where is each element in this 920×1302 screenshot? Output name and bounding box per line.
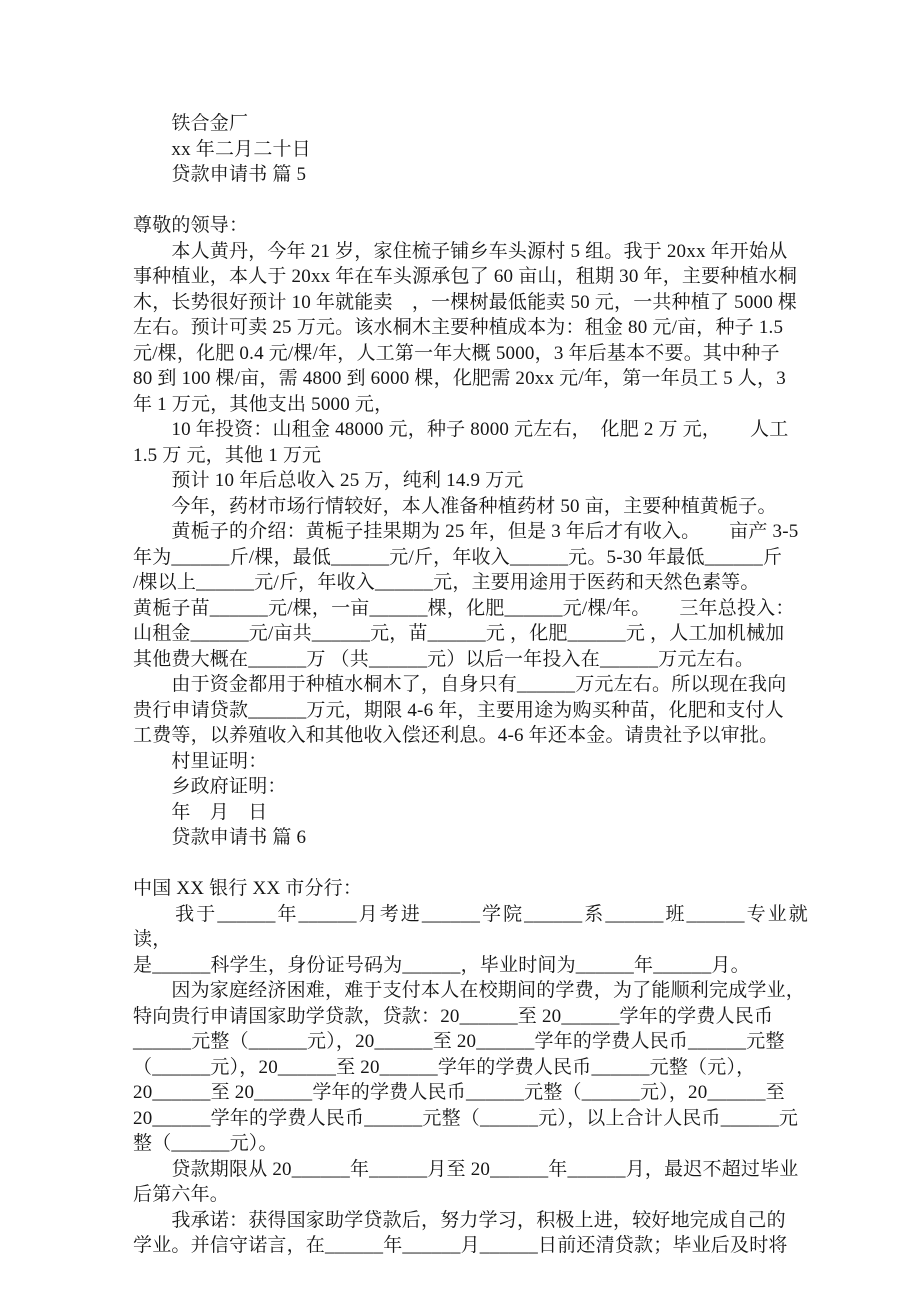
text-line: 特向贵行申请国家助学贷款，贷款：20______至 20______学年的学费人… (133, 1004, 808, 1030)
text-line: 贷款申请书 篇 5 (133, 162, 808, 188)
text-line: 1.5 万 元，其他 1 万元 (133, 443, 808, 469)
text-line: 铁合金厂 (133, 111, 808, 137)
text-line: 其他费大概在______万 （共______元）以后一年投入在______万元左… (133, 647, 808, 673)
blank-line (133, 188, 808, 214)
text-line: 村里证明： (133, 749, 808, 775)
text-line: 尊敬的领导： (133, 213, 808, 239)
text-line: 元/棵，化肥 0.4 元/棵/年，人工第一年大概 5000，3 年后基本不要。其… (133, 341, 808, 367)
document-body: 铁合金厂 xx 年二月二十日 贷款申请书 篇 5尊敬的领导： 本人黄丹，今年 2… (133, 111, 808, 1259)
text-line: 20______学年的学费人民币______元整（______元），以上合计人民… (133, 1106, 808, 1132)
text-line: 是______科学生，身份证号码为______，毕业时间为______年____… (133, 953, 808, 979)
text-line: 黄栀子的介绍：黄栀子挂果期为 25 年，但是 3 年后才有收入。 亩产 3-5 (133, 519, 808, 545)
text-line: 中国 XX 银行 XX 市分行： (133, 876, 808, 902)
text-line: 年 月 日 (133, 800, 808, 826)
text-line: xx 年二月二十日 (133, 137, 808, 163)
text-line: 贵行申请贷款______万元，期限 4-6 年，主要用途为购买种苗，化肥和支付人 (133, 698, 808, 724)
text-line: 山租金______元/亩共______元，苗______元 ，化肥______元… (133, 621, 808, 647)
text-line: 左右。预计可卖 25 万元。该水桐木主要种植成本为：租金 80 元/亩，种子 1… (133, 315, 808, 341)
blank-line (133, 851, 808, 877)
text-line: 我承诺：获得国家助学贷款后，努力学习，积极上进，较好地完成自己的 (133, 1208, 808, 1234)
text-line: 事种植业，本人于 20xx 年在车头源承包了 60 亩山，租期 30 年，主要种… (133, 264, 808, 290)
text-line: 贷款申请书 篇 6 (133, 825, 808, 851)
text-line: 我于______年______月考进______学院______系______班… (133, 902, 808, 953)
text-line: 年 1 万元，其他支出 5000 元， (133, 392, 808, 418)
text-line: 学业。并信守诺言，在______年______月______日前还清贷款；毕业后… (133, 1233, 808, 1259)
text-line: ______元整（______元），20______至 20______学年的学… (133, 1029, 808, 1055)
text-line: （______元），20______至 20______学年的学费人民币____… (133, 1055, 808, 1081)
text-line: 贷款期限从 20______年______月至 20______年______月… (133, 1157, 808, 1183)
text-line: 木，长势很好预计 10 年就能卖 ，一棵树最低能卖 50 元，一共种植了 500… (133, 290, 808, 316)
text-line: 因为家庭经济困难，难于支付本人在校期间的学费，为了能顺利完成学业， (133, 978, 808, 1004)
text-line: 工费等，以养殖收入和其他收入偿还利息。4-6 年还本金。请贵社予以审批。 (133, 723, 808, 749)
text-line: 80 到 100 棵/亩，需 4800 到 6000 棵，化肥需 20xx 元/… (133, 366, 808, 392)
text-line: 后第六年。 (133, 1182, 808, 1208)
text-line: 10 年投资：山租金 48000 元，种子 8000 元左右， 化肥 2 万 元… (133, 417, 808, 443)
text-line: 乡政府证明： (133, 774, 808, 800)
text-line: 预计 10 年后总收入 25 万，纯利 14.9 万元 (133, 468, 808, 494)
text-line: /棵以上______元/斤，年收入______元，主要用途用于医药和天然色素等。 (133, 570, 808, 596)
text-line: 黄栀子苗______元/棵，一亩______棵，化肥______元/棵/年。 三… (133, 596, 808, 622)
text-line: 20______至 20______学年的学费人民币______元整（_____… (133, 1080, 808, 1106)
text-line: 今年，药材市场行情较好，本人准备种植药材 50 亩，主要种植黄栀子。 (133, 494, 808, 520)
text-line: 年为______斤/棵，最低______元/斤，年收入______元。5-30 … (133, 545, 808, 571)
text-line: 整（______元）。 (133, 1131, 808, 1157)
text-line: 本人黄丹，今年 21 岁，家住梳子铺乡车头源村 5 组。我于 20xx 年开始从 (133, 239, 808, 265)
text-line: 由于资金都用于种植水桐木了，自身只有______万元左右。所以现在我向 (133, 672, 808, 698)
document-page: 铁合金厂 xx 年二月二十日 贷款申请书 篇 5尊敬的领导： 本人黄丹，今年 2… (0, 0, 920, 1302)
